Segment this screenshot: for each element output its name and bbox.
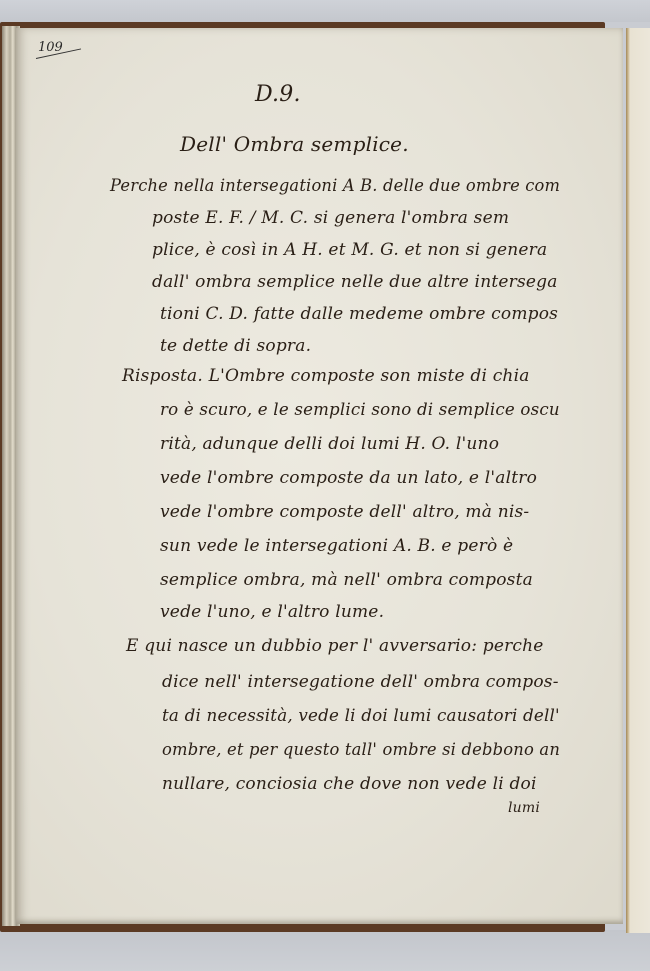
section-number: D.9. (255, 82, 301, 107)
text-line: tioni C. D. fatte dalle medeme ombre com… (160, 304, 558, 324)
background-bottom (0, 930, 650, 971)
text-line: ombre, et per questo tall' ombre si debb… (162, 740, 560, 760)
text-line: Perche nella intersegationi A B. delle d… (110, 176, 560, 196)
text-line: vede l'ombre composte dell' altro, mà ni… (160, 502, 529, 522)
text-line: rità, adunque delli doi lumi H. O. l'uno (160, 434, 499, 454)
text-line: te dette di sopra. (160, 336, 311, 356)
text-line: plice, è così in A H. et M. G. et non si… (152, 240, 547, 260)
text-line: dice nell' intersegatione dell' ombra co… (162, 672, 559, 692)
section-title: Dell' Ombra semplice. (180, 132, 409, 156)
text-line: semplice ombra, mà nell' ombra composta (160, 570, 533, 590)
text-line: dall' ombra semplice nelle due altre int… (152, 272, 558, 292)
text-line: E qui nasce un dubbio per l' avversario:… (126, 636, 544, 656)
text-line: sun vede le intersegationi A. B. e però … (160, 536, 513, 556)
text-line: nullare, conciosia che dove non vede li … (162, 774, 537, 794)
text-line: vede l'ombre composte da un lato, e l'al… (160, 468, 537, 488)
text-line: poste E. F. / M. C. si genera l'ombra se… (152, 208, 509, 228)
catchword: lumi (508, 800, 540, 816)
text-line: Risposta. L'Ombre composte son miste di … (122, 366, 530, 386)
text-line: vede l'uno, e l'altro lume. (160, 602, 384, 622)
text-line: ta di necessità, vede li doi lumi causat… (162, 706, 560, 726)
background-top (0, 0, 650, 22)
facing-page-edge (626, 28, 650, 933)
text-line: ro è scuro, e le semplici sono di sempli… (160, 400, 560, 420)
